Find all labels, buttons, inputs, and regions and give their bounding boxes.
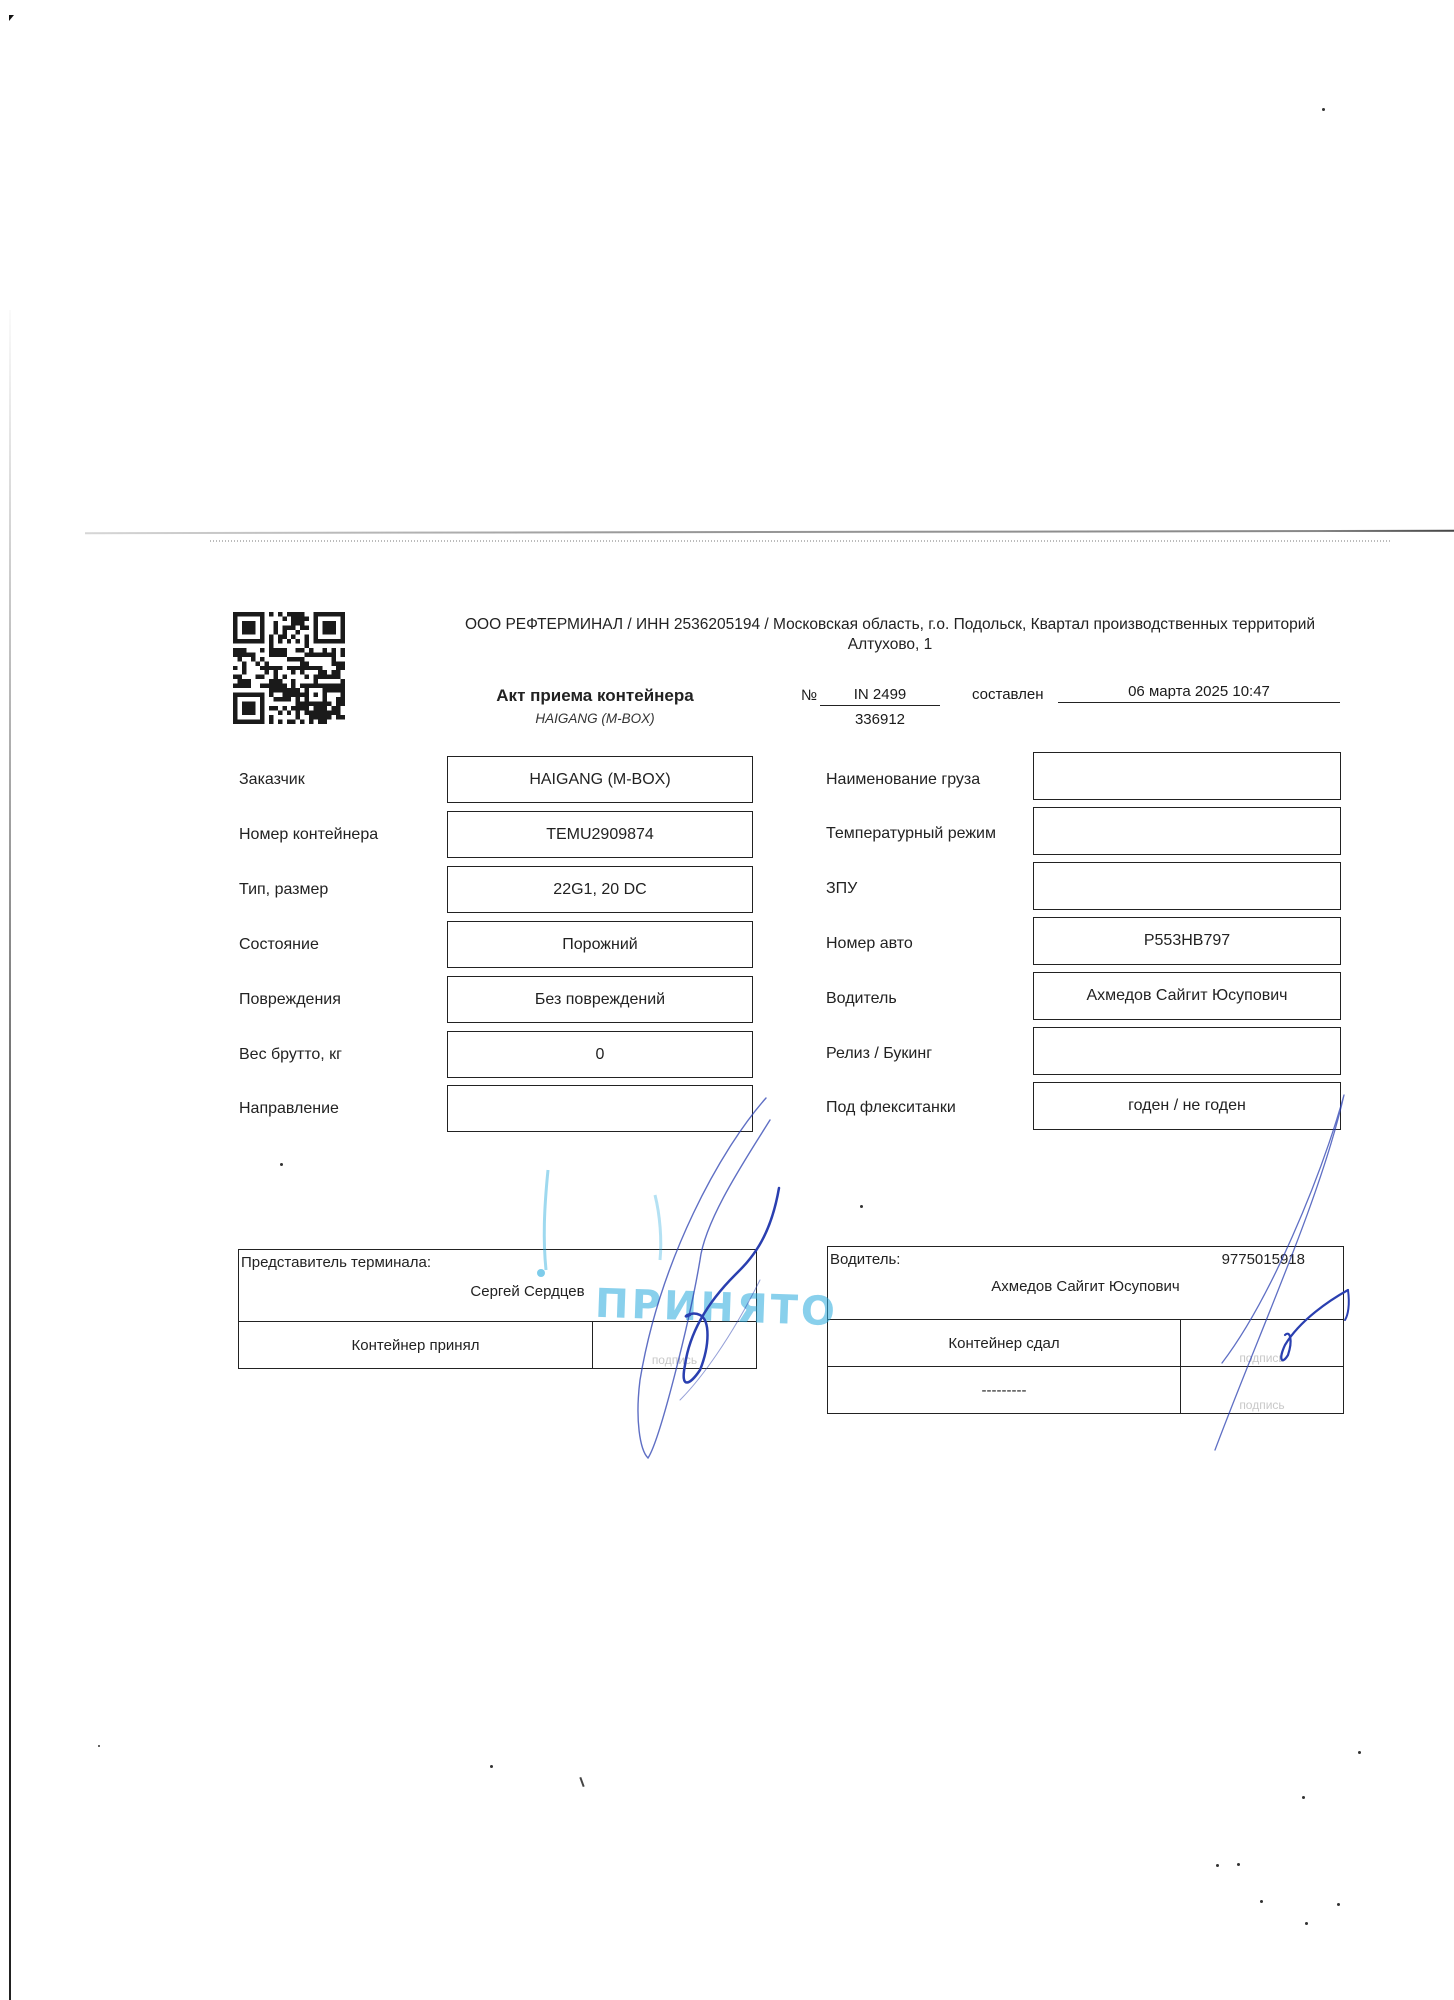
field-label-temperature: Температурный режим bbox=[826, 825, 996, 843]
container-handed-over-label: Контейнер сдал bbox=[828, 1320, 1181, 1367]
field-value-seal bbox=[1033, 862, 1341, 910]
field-label-gross-weight: Вес брутто, кг bbox=[239, 1046, 342, 1064]
field-value-cargo-name bbox=[1033, 752, 1341, 800]
qr-code-icon bbox=[233, 612, 345, 724]
scan-page-edge bbox=[9, 310, 11, 2000]
scan-speck bbox=[579, 1777, 584, 1787]
scan-speck bbox=[1302, 1796, 1305, 1799]
organization-info: ООО РЕФТЕРМИНАЛ / ИНН 2536205194 / Моско… bbox=[440, 615, 1340, 655]
driver-signature-cell: подпись bbox=[1181, 1320, 1344, 1367]
signature-caption: подпись bbox=[1239, 1398, 1284, 1412]
scan-speck bbox=[98, 1745, 100, 1747]
scan-speck bbox=[490, 1765, 493, 1768]
scan-fold-line bbox=[85, 530, 1454, 534]
field-value-direction bbox=[447, 1085, 753, 1132]
organization-line-1: ООО РЕФТЕРМИНАЛ / ИНН 2536205194 / Моско… bbox=[440, 615, 1340, 635]
scan-speck bbox=[280, 1163, 283, 1166]
driver-second-row: --------- bbox=[828, 1367, 1181, 1414]
document-number-sub: 336912 bbox=[820, 711, 940, 728]
field-label-driver: Водитель bbox=[826, 990, 897, 1008]
field-label-seal: ЗПУ bbox=[826, 880, 857, 898]
scan-speck bbox=[860, 1205, 863, 1208]
scan-corner-mark bbox=[9, 15, 14, 21]
field-value-gross-weight: 0 bbox=[447, 1031, 753, 1078]
document-subtitle: HAIGANG (M-BOX) bbox=[440, 711, 750, 726]
signature-caption: подпись bbox=[1239, 1351, 1284, 1365]
driver-phone: 9775015918 bbox=[1222, 1251, 1305, 1268]
field-label-vehicle-number: Номер авто bbox=[826, 935, 913, 953]
field-value-container-number: TEMU2909874 bbox=[447, 811, 753, 858]
driver-table: Водитель: 9775015918 Ахмедов Сайгит Юсуп… bbox=[827, 1246, 1344, 1414]
driver-heading: Водитель: bbox=[830, 1251, 900, 1268]
field-label-flexitank: Под флекситанки bbox=[826, 1099, 956, 1117]
terminal-heading: Представитель терминала: bbox=[239, 1250, 756, 1271]
field-value-damages: Без повреждений bbox=[447, 976, 753, 1023]
field-value-type-size: 22G1, 20 DC bbox=[447, 866, 753, 913]
field-label-cargo-name: Наименование груза bbox=[826, 771, 980, 789]
driver-second-signature-cell: подпись bbox=[1181, 1367, 1344, 1414]
composed-date: 06 марта 2025 10:47 bbox=[1058, 683, 1340, 703]
scan-speck bbox=[1237, 1863, 1240, 1866]
field-value-customer: HAIGANG (M-BOX) bbox=[447, 756, 753, 803]
field-label-direction: Направление bbox=[239, 1100, 339, 1118]
composed-label: составлен bbox=[972, 686, 1044, 703]
driver-name: Ахмедов Сайгит Юсупович bbox=[828, 1268, 1343, 1295]
scan-speck bbox=[1322, 108, 1325, 111]
field-value-vehicle-number: Р553НВ797 bbox=[1033, 917, 1341, 965]
signature-caption: подпись bbox=[652, 1353, 697, 1367]
scan-speck bbox=[1260, 1900, 1263, 1903]
scan-speck bbox=[1358, 1751, 1361, 1754]
field-value-temperature bbox=[1033, 807, 1341, 855]
field-label-container-number: Номер контейнера bbox=[239, 826, 378, 844]
scan-dotted-line bbox=[210, 540, 1390, 542]
field-value-driver: Ахмедов Сайгит Юсупович bbox=[1033, 972, 1341, 1020]
field-label-type-size: Тип, размер bbox=[239, 881, 328, 899]
scan-speck bbox=[1216, 1864, 1219, 1867]
field-label-damages: Повреждения bbox=[239, 991, 341, 1009]
field-value-flexitank: годен / не годен bbox=[1033, 1082, 1341, 1130]
scan-speck bbox=[1305, 1922, 1308, 1925]
number-sign: № bbox=[801, 687, 817, 704]
field-label-customer: Заказчик bbox=[239, 771, 305, 789]
accepted-stamp: ПРИНЯТО bbox=[594, 1281, 838, 1335]
field-value-condition: Порожний bbox=[447, 921, 753, 968]
field-value-release-booking bbox=[1033, 1027, 1341, 1075]
document-title: Акт приема контейнера bbox=[440, 686, 750, 706]
scan-speck bbox=[1337, 1903, 1340, 1906]
container-accepted-label: Контейнер принял bbox=[239, 1322, 593, 1369]
document-number: IN 2499 bbox=[820, 686, 940, 706]
field-label-condition: Состояние bbox=[239, 936, 319, 954]
organization-line-2: Алтухово, 1 bbox=[440, 635, 1340, 655]
field-label-release-booking: Релиз / Букинг bbox=[826, 1045, 932, 1063]
